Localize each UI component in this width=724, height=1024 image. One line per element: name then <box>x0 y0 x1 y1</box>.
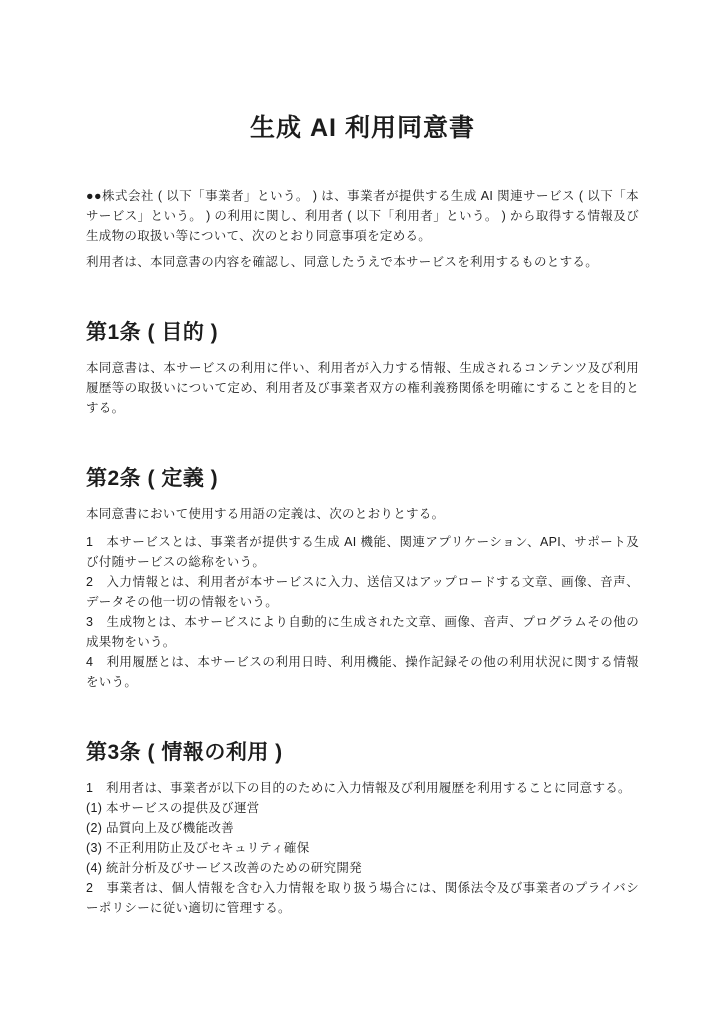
article-2-lead: 本同意書において使用する用語の定義は、次のとおりとする。 <box>86 504 639 524</box>
article-1-heading: 第1条 ( 目的 ) <box>86 320 639 346</box>
definition-item-3: 3 生成物とは、本サービスにより自動的に生成された文章、画像、音声、プログラムそ… <box>86 612 639 652</box>
purpose-item-2: (2) 品質向上及び機能改善 <box>86 818 639 838</box>
article-2-definition-list: 1 本サービスとは、事業者が提供する生成 AI 機能、関連アプリケーション、AP… <box>86 532 639 692</box>
purpose-item-3: (3) 不正利用防止及びセキュリティ確保 <box>86 838 639 858</box>
article-2-heading: 第2条 ( 定義 ) <box>86 466 639 492</box>
purpose-item-1: (1) 本サービスの提供及び運営 <box>86 798 639 818</box>
definition-item-4: 4 利用履歴とは、本サービスの利用日時、利用機能、操作記録その他の利用状況に関す… <box>86 652 639 692</box>
preamble-paragraph-2: 利用者は、本同意書の内容を確認し、同意したうえで本サービスを利用するものとする。 <box>86 252 639 272</box>
document-page: 生成 AI 利用同意書 ●●株式会社 ( 以下「事業者」という。 ) は、事業者… <box>0 0 724 1024</box>
article-3-heading: 第3条 ( 情報の利用 ) <box>86 740 639 766</box>
article-3-purpose-list: (1) 本サービスの提供及び運営 (2) 品質向上及び機能改善 (3) 不正利用… <box>86 798 639 878</box>
definition-item-1: 1 本サービスとは、事業者が提供する生成 AI 機能、関連アプリケーション、AP… <box>86 532 639 572</box>
preamble-paragraph-1: ●●株式会社 ( 以下「事業者」という。 ) は、事業者が提供する生成 AI 関… <box>86 186 639 246</box>
section-article-1: 第1条 ( 目的 ) 本同意書は、本サービスの利用に伴い、利用者が入力する情報、… <box>86 320 639 418</box>
purpose-item-4: (4) 統計分析及びサービス改善のための研究開発 <box>86 858 639 878</box>
article-1-body: 本同意書は、本サービスの利用に伴い、利用者が入力する情報、生成されるコンテンツ及… <box>86 358 639 418</box>
section-article-2: 第2条 ( 定義 ) 本同意書において使用する用語の定義は、次のとおりとする。 … <box>86 466 639 692</box>
page-title: 生成 AI 利用同意書 <box>86 112 639 146</box>
preamble: ●●株式会社 ( 以下「事業者」という。 ) は、事業者が提供する生成 AI 関… <box>86 186 639 272</box>
section-article-3: 第3条 ( 情報の利用 ) 1 利用者は、事業者が以下の目的のために入力情報及び… <box>86 740 639 918</box>
article-3-clause-2: 2 事業者は、個人情報を含む入力情報を取り扱う場合には、関係法令及び事業者のプラ… <box>86 878 639 918</box>
definition-item-2: 2 入力情報とは、利用者が本サービスに入力、送信又はアップロードする文章、画像、… <box>86 572 639 612</box>
article-3-clause-1: 1 利用者は、事業者が以下の目的のために入力情報及び利用履歴を利用することに同意… <box>86 778 639 798</box>
